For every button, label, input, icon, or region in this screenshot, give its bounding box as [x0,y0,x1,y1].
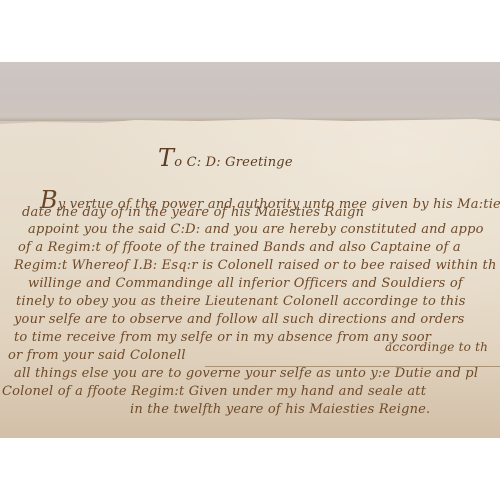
manuscript-line-12: Colonel of a ffoote Regim:t Given under … [2,384,426,399]
manuscript-line-4: of a Regim:t of ffoote of the trained Ba… [18,240,461,255]
manuscript-line-5: Regim:t Whereof I.B: Esq:r is Colonell r… [14,258,497,273]
cloth-backdrop [0,62,500,124]
manuscript-line-13: in the twelfth yeare of his Maiesties Re… [130,402,430,417]
manuscript-line-7: tinely to obey you as theire Lieutenant … [16,294,466,309]
manuscript-line-3: appoint you the said C:D: and you are he… [28,222,484,237]
manuscript-photo: To C: D: Greetinge By vertue of the powe… [0,62,500,438]
manuscript-line-2: date the day of in the yeare of his Maie… [22,205,364,220]
manuscript-line-10: or from your said Colonell [8,348,186,363]
salutation: To C: D: Greetinge [158,144,293,172]
manuscript-line-8: your selfe are to observe and follow all… [14,312,465,327]
salutation-text: o C: D: Greetinge [174,155,293,170]
manuscript-line-9: to time receive from my selfe or in my a… [14,330,431,345]
manuscript-line-11: all things else you are to governe your … [14,366,478,381]
manuscript-line-6: willinge and Commandinge all inferior Of… [28,276,463,291]
interlinear-insertion: accordinge to th [385,340,488,354]
salutation-initial: T [158,144,174,172]
